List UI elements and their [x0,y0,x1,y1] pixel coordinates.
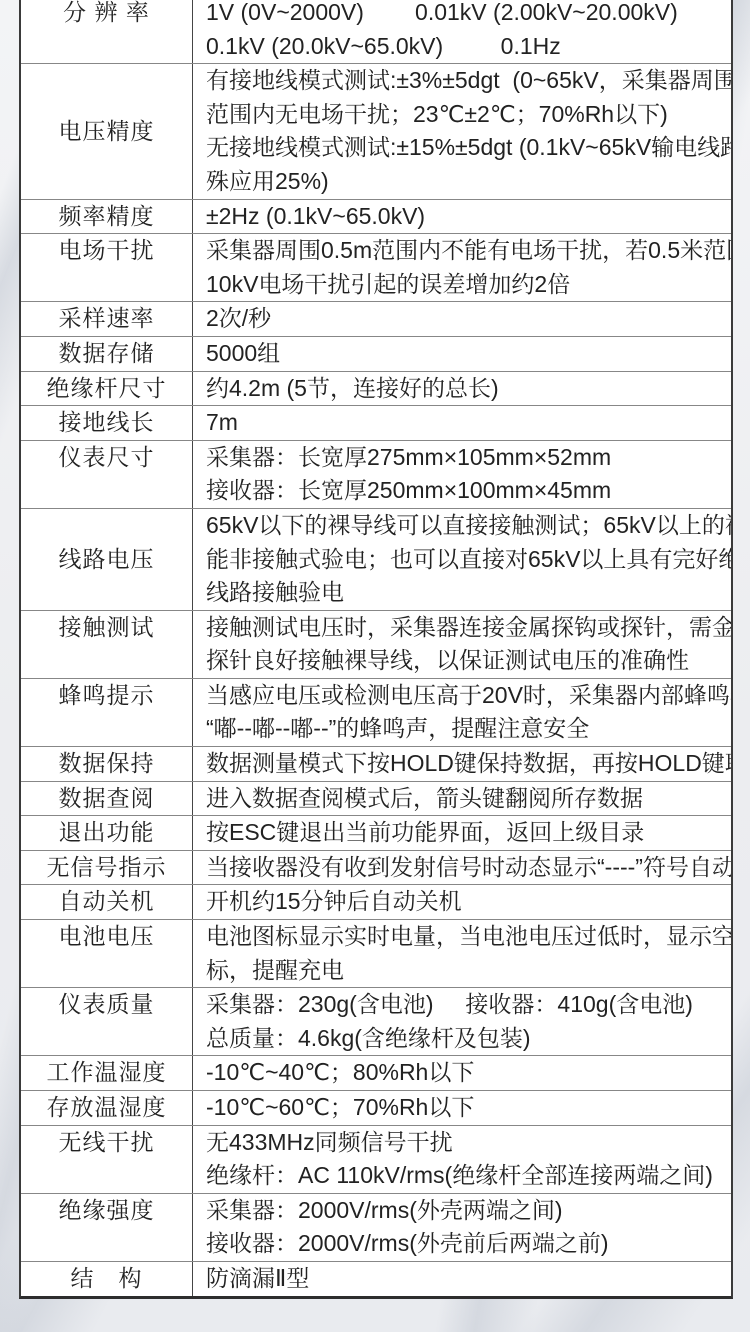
spec-row-value: ±2Hz (0.1kV~65.0kV) [193,200,731,234]
spec-row-value: 约4.2m (5节，连接好的总长) [193,372,731,406]
spec-row: 蜂鸣提示当感应电压或检测电压高于20V时，采集器内部蜂鸣器才发出 “嘟--嘟--… [21,679,731,747]
spec-row-label: 无线干扰 [21,1126,193,1193]
spec-row-label: 电池电压 [21,920,193,987]
spec-row-value: 按ESC键退出当前功能界面，返回上级目录 [193,816,731,850]
spec-row-value: 开机约15分钟后自动关机 [193,885,731,919]
spec-row: 接触测试接触测试电压时，采集器连接金属探钩或探针，需金属探钩或 探针良好接触裸导… [21,611,731,679]
spec-row: 绝缘强度采集器：2000V/rms(外壳两端之间) 接收器：2000V/rms(… [21,1194,731,1262]
spec-row-label: 电场干扰 [21,234,193,301]
spec-row: 数据查阅进入数据查阅模式后，箭头键翻阅所存数据 [21,782,731,817]
spec-row-label: 工作温湿度 [21,1056,193,1090]
spec-row-label: 线路电压 [21,509,193,610]
spec-row-label: 存放温湿度 [21,1091,193,1125]
spec-row-label: 仪表质量 [21,988,193,1055]
spec-row-value: 电池图标显示实时电量，当电池电压过低时，显示空心电池图 标，提醒充电 [193,920,731,987]
spec-row: 结 构防滴漏Ⅱ型 [21,1262,731,1296]
spec-row-value: 采集器：230g(含电池) 接收器：410g(含电池) 总质量：4.6kg(含绝… [193,988,731,1055]
spec-row-label: 数据存储 [21,337,193,371]
spec-row: 自动关机开机约15分钟后自动关机 [21,885,731,920]
spec-row-value: -10℃~60℃；70%Rh以下 [193,1091,731,1125]
spec-table: 分 辨 率1V (0V~2000V) 0.01kV (2.00kV~20.00k… [19,0,733,1299]
spec-row-value: 进入数据查阅模式后，箭头键翻阅所存数据 [193,782,731,816]
spec-row-label: 蜂鸣提示 [21,679,193,746]
spec-row: 采样速率2次/秒 [21,302,731,337]
spec-row: 电场干扰采集器周围0.5m范围内不能有电场干扰，若0.5米范围内有 10kV电场… [21,234,731,302]
page-background: { "document": { "kind": "product-specifi… [0,0,750,1332]
spec-row-label: 退出功能 [21,816,193,850]
spec-row: 电压精度有接地线模式测试:±3%±5dgt (0~65kV，采集器周围0.5m … [21,64,731,199]
spec-row-label: 无信号指示 [21,851,193,885]
spec-row-value: 2次/秒 [193,302,731,336]
spec-row: 数据保持数据测量模式下按HOLD键保持数据，再按HOLD键取消保持 [21,747,731,782]
spec-row: 绝缘杆尺寸约4.2m (5节，连接好的总长) [21,372,731,407]
spec-row-value: 1V (0V~2000V) 0.01kV (2.00kV~20.00kV) 0.… [193,0,731,63]
spec-row-value: 接触测试电压时，采集器连接金属探钩或探针，需金属探钩或 探针良好接触裸导线，以保… [193,611,731,678]
spec-row-value: 采集器：长宽厚275mm×105mm×52mm 接收器：长宽厚250mm×100… [193,441,731,508]
spec-row-label: 频率精度 [21,200,193,234]
spec-row: 仪表质量采集器：230g(含电池) 接收器：410g(含电池) 总质量：4.6k… [21,988,731,1056]
spec-row-label: 结 构 [21,1262,193,1296]
spec-row-value: 5000组 [193,337,731,371]
spec-row-value: 当接收器没有收到发射信号时动态显示“----”符号自动关机 [193,851,731,885]
spec-row-label: 仪表尺寸 [21,441,193,508]
spec-row-value: 当感应电压或检测电压高于20V时，采集器内部蜂鸣器才发出 “嘟--嘟--嘟--”… [193,679,731,746]
spec-row: 数据存储5000组 [21,337,731,372]
spec-row-value: 65kV以下的裸导线可以直接接触测试；65kV以上的裸导线只 能非接触式验电；也… [193,509,731,610]
spec-row-value: 数据测量模式下按HOLD键保持数据，再按HOLD键取消保持 [193,747,731,781]
spec-row-value: 无433MHz同频信号干扰 绝缘杆：AC 110kV/rms(绝缘杆全部连接两端… [193,1126,731,1193]
spec-row: 无信号指示当接收器没有收到发射信号时动态显示“----”符号自动关机 [21,851,731,886]
spec-row-label: 数据查阅 [21,782,193,816]
spec-row: 存放温湿度-10℃~60℃；70%Rh以下 [21,1091,731,1126]
spec-row-value: -10℃~40℃；80%Rh以下 [193,1056,731,1090]
spec-row: 电池电压电池图标显示实时电量，当电池电压过低时，显示空心电池图 标，提醒充电 [21,920,731,988]
spec-row-value: 有接地线模式测试:±3%±5dgt (0~65kV，采集器周围0.5m 范围内无… [193,64,731,198]
spec-row-label: 分 辨 率 [21,0,193,63]
spec-row-label: 绝缘强度 [21,1194,193,1261]
spec-row-value: 采集器：2000V/rms(外壳两端之间) 接收器：2000V/rms(外壳前后… [193,1194,731,1261]
spec-row-label: 接地线长 [21,406,193,440]
spec-row-label: 绝缘杆尺寸 [21,372,193,406]
spec-row-value: 防滴漏Ⅱ型 [193,1262,731,1296]
spec-row-value: 7m [193,406,731,440]
spec-row: 退出功能按ESC键退出当前功能界面，返回上级目录 [21,816,731,851]
spec-row-label: 采样速率 [21,302,193,336]
spec-row: 分 辨 率1V (0V~2000V) 0.01kV (2.00kV~20.00k… [21,0,731,64]
spec-row-label: 电压精度 [21,64,193,198]
spec-row: 频率精度±2Hz (0.1kV~65.0kV) [21,200,731,235]
spec-row: 线路电压65kV以下的裸导线可以直接接触测试；65kV以上的裸导线只 能非接触式… [21,509,731,611]
spec-row: 无线干扰无433MHz同频信号干扰 绝缘杆：AC 110kV/rms(绝缘杆全部… [21,1126,731,1194]
spec-row: 仪表尺寸采集器：长宽厚275mm×105mm×52mm 接收器：长宽厚250mm… [21,441,731,509]
spec-row: 工作温湿度-10℃~40℃；80%Rh以下 [21,1056,731,1091]
spec-row-value: 采集器周围0.5m范围内不能有电场干扰，若0.5米范围内有 10kV电场干扰引起… [193,234,731,301]
spec-row-label: 自动关机 [21,885,193,919]
spec-row: 接地线长7m [21,406,731,441]
spec-row-label: 接触测试 [21,611,193,678]
spec-row-label: 数据保持 [21,747,193,781]
